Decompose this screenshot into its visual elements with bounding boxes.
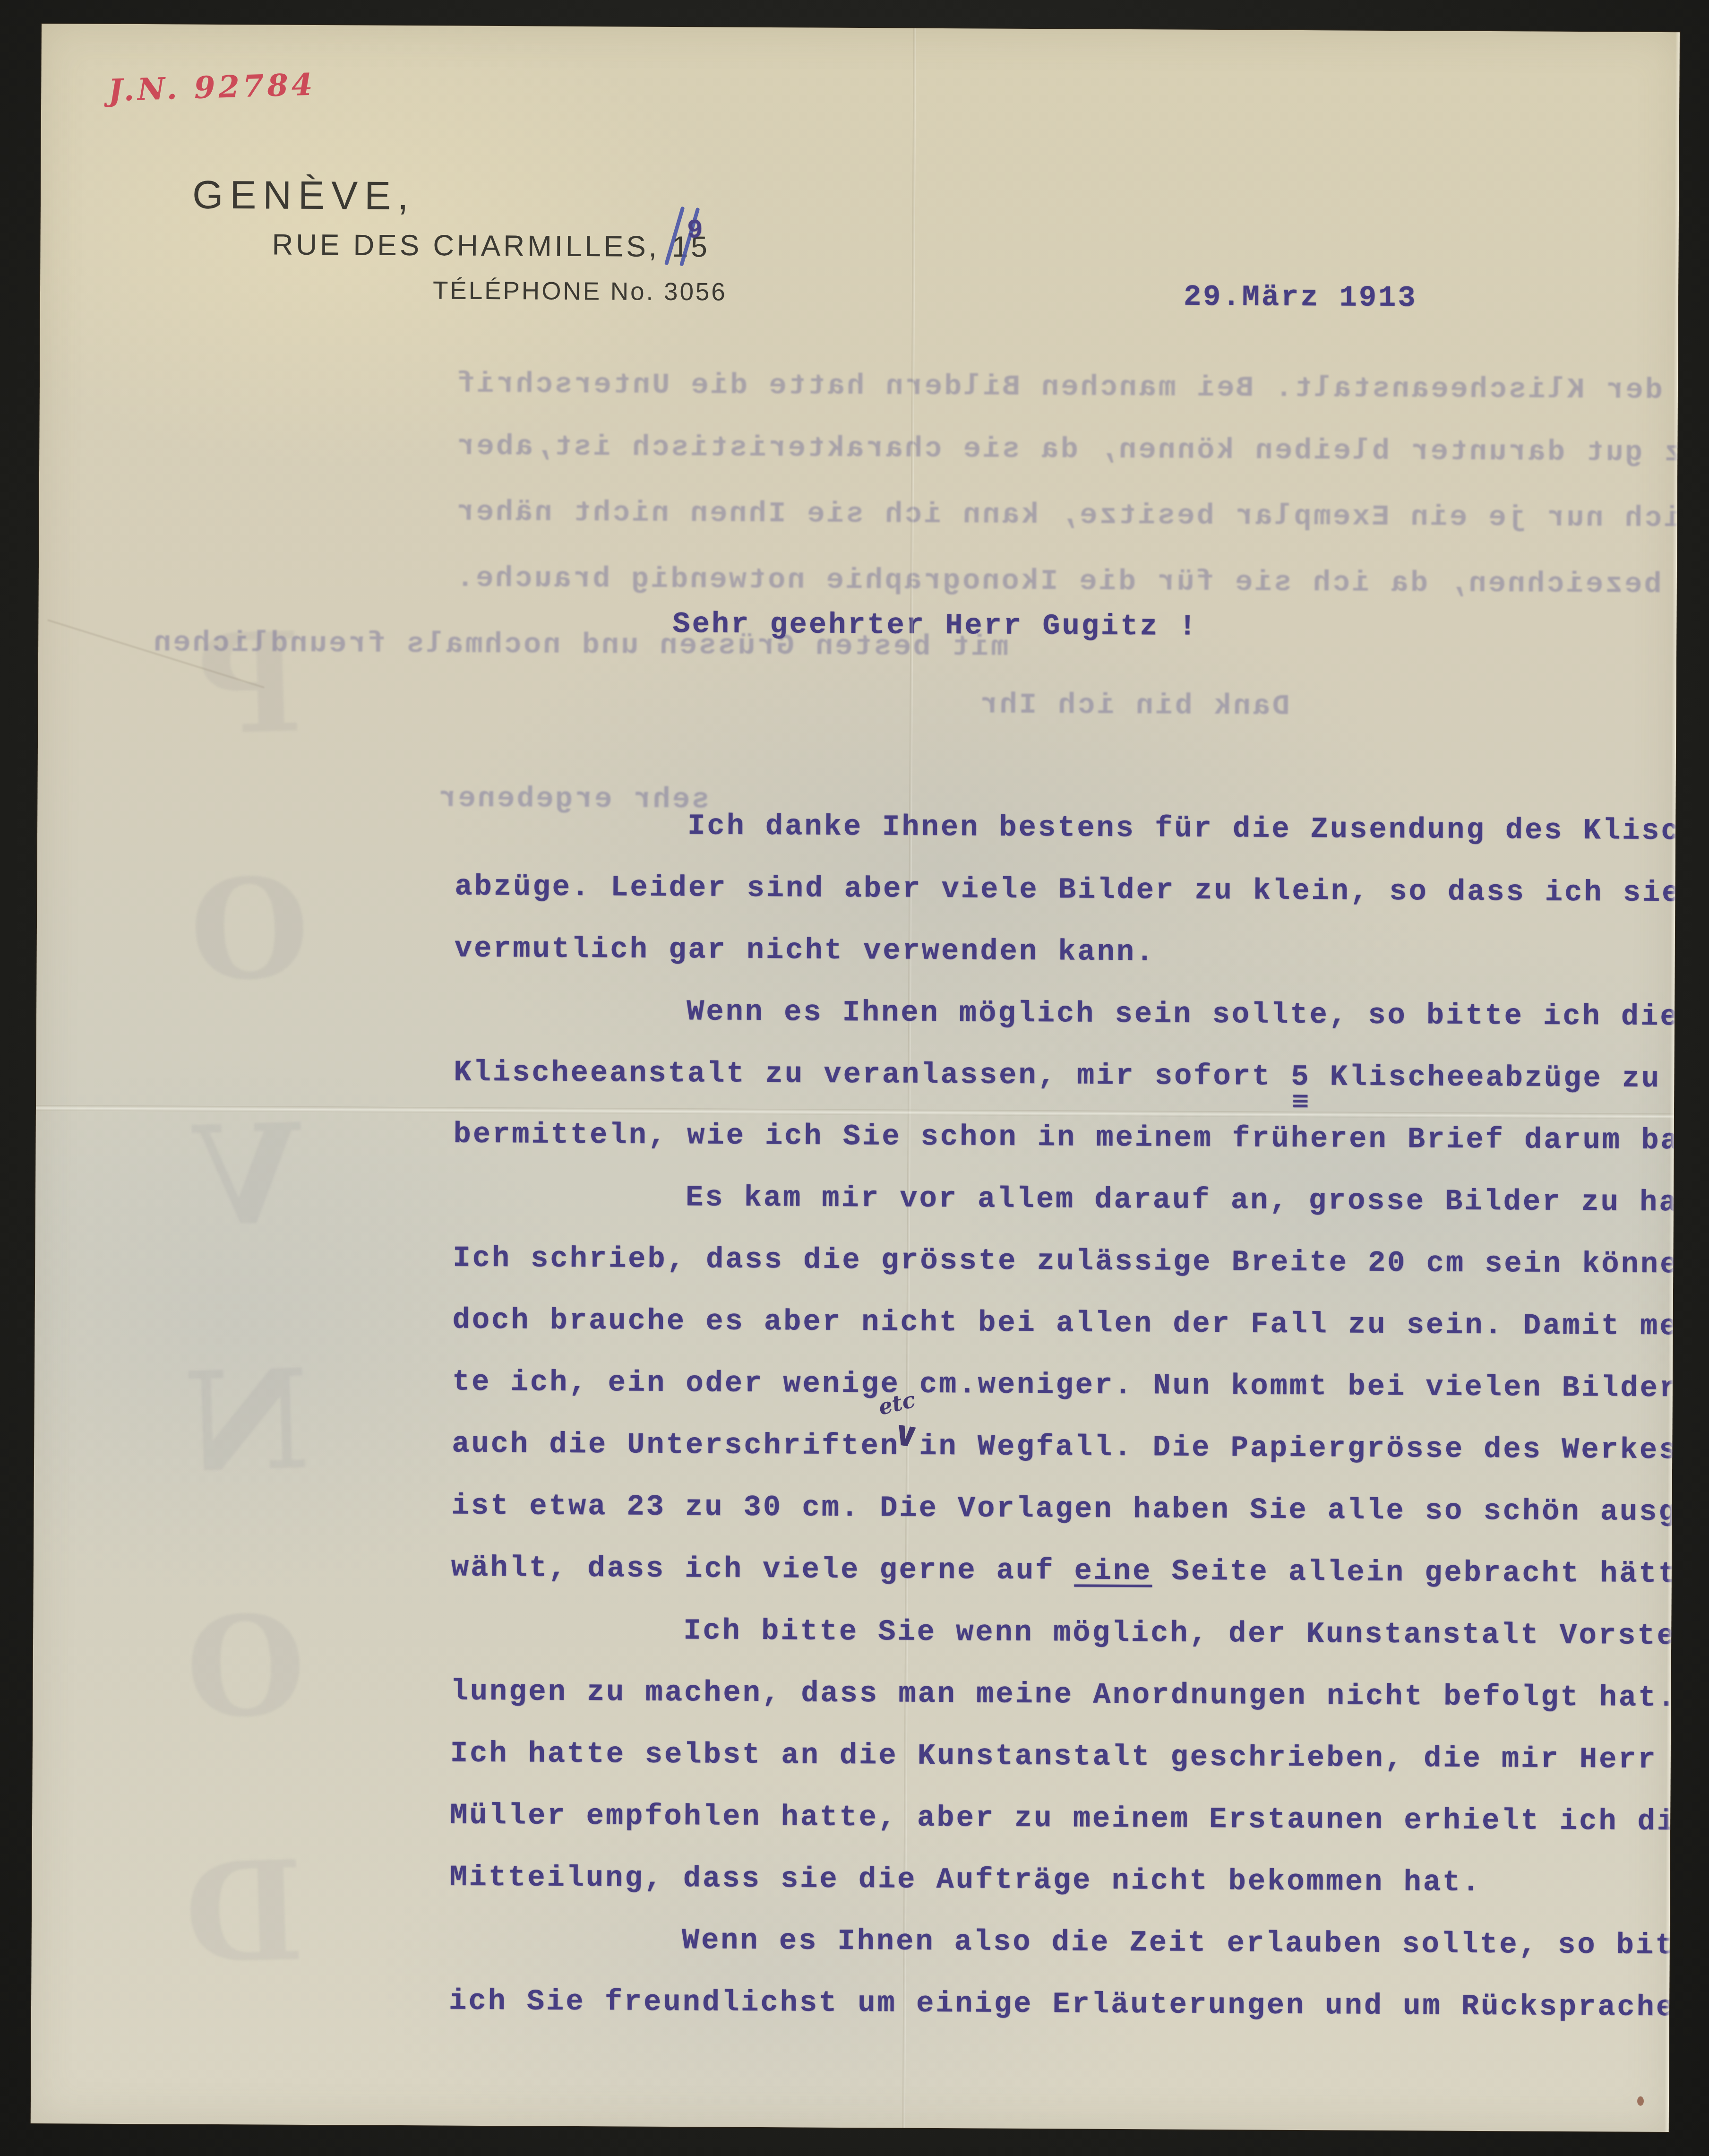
typed-text: ist etwa 23 zu 30 cm. Die Vorlagen haben…: [451, 1489, 1680, 1529]
typed-text: te ich, ein oder wenige cm.weniger. Nun …: [452, 1365, 1680, 1406]
typed-text: in Wegfall. Die Papiergrösse des Werkes: [919, 1430, 1678, 1467]
typed-text: doch brauche es aber nicht bei allen der…: [452, 1303, 1679, 1344]
archival-number-handwritten: J.N. 92784: [108, 67, 316, 108]
date-line: 29.März 1913: [1184, 283, 1417, 313]
typed-line: lungen zu machen, dass man meine Anordnu…: [450, 1677, 1677, 1713]
typed-text: ich Sie freundlichst um einige Erläuteru…: [449, 1984, 1675, 2025]
typed-text: eine: [1074, 1554, 1152, 1588]
typed-line: Ich hatte selbst an die Kunstanstalt ges…: [450, 1739, 1657, 1775]
letterhead-telephone: TÉLÉPHONE No. 3056: [433, 276, 727, 306]
typed-corrected-street-number: 9: [687, 217, 705, 243]
letterhead-street-name: RUE DES CHARMILLES,: [272, 229, 660, 263]
vertical-ghost-letter: O: [177, 859, 322, 1000]
vertical-ghost-letter: N: [174, 1351, 319, 1492]
typed-line: ist etwa 23 zu 30 cm. Die Vorlagen haben…: [451, 1492, 1680, 1527]
typed-text: Klischeeabzüge zu ü-: [1310, 1060, 1680, 1096]
vertical-ghost-letter: O: [173, 1596, 318, 1738]
paper-speck: [1637, 2096, 1644, 2106]
typed-line: Wenn es Ihnen also die Zeit erlauben sol…: [682, 1926, 1680, 1960]
typed-line: vermutlich gar nicht verwenden kann.: [455, 934, 1156, 967]
typed-line: Ich danke Ihnen bestens für die Zusendun…: [687, 811, 1680, 846]
typed-text: bermitteln, wie ich Sie schon in meinem …: [454, 1118, 1680, 1158]
typed-text: Seite allein gebracht hätte.: [1152, 1554, 1680, 1591]
typed-text: etc∨: [900, 1430, 919, 1463]
typed-text: vermutlich gar nicht verwenden kann.: [455, 932, 1156, 969]
triple-underline-mark: ≡: [1291, 1089, 1310, 1112]
typed-text: lungen zu machen, dass man meine Anordnu…: [450, 1675, 1677, 1715]
typed-line: Ich schrieb, dass die grösste zulässige …: [453, 1244, 1680, 1280]
typed-text: Wenn es Ihnen also die Zeit erlauben sol…: [682, 1923, 1680, 1962]
typed-line: Müller empfohlen hatte, aber zu meinem E…: [450, 1801, 1680, 1837]
letter-paper: DONVOPsehr ergebenerDank bin ich Ihrmit …: [31, 24, 1680, 2132]
bleedthrough-line: mit der Klischeeanstalt. Bei manchen Bil…: [455, 370, 1680, 405]
typed-text: Ich danke Ihnen bestens für die Zusendun…: [687, 809, 1680, 848]
typed-text: 5≡: [1291, 1060, 1311, 1094]
typed-line: Wenn es Ihnen möglich sein sollte, so bi…: [687, 997, 1680, 1032]
typed-line: doch brauche es aber nicht bei allen der…: [452, 1306, 1679, 1342]
typed-text: Ich hatte selbst an die Kunstanstalt ges…: [450, 1737, 1657, 1777]
letterhead-street: RUE DES CHARMILLES,15: [272, 228, 710, 264]
bleedthrough-line: ganz gut darunter bleiben können, da sie…: [455, 432, 1680, 468]
vertical-ghost-letter: D: [172, 1842, 317, 1984]
typed-line: Ich bitte Sie wenn möglich, der Kunstans…: [683, 1616, 1680, 1651]
typed-line: te ich, ein oder wenige cm.weniger. Nun …: [452, 1368, 1680, 1404]
typed-line: abzüge. Leider sind aber viele Bilder zu…: [455, 872, 1680, 908]
typed-text: Mitteilung, dass sie die Aufträge nicht …: [449, 1861, 1481, 1899]
typed-line: bermitteln, wie ich Sie schon in meinem …: [454, 1120, 1680, 1156]
typed-text: Müller empfohlen hatte, aber zu meinem E…: [450, 1799, 1680, 1839]
typed-text: Ich bitte Sie wenn möglich, der Kunstans…: [683, 1614, 1680, 1653]
typed-line: ich Sie freundlichst um einige Erläuteru…: [449, 1987, 1675, 2023]
typed-line: auch die Unterschriften etc∨in Wegfall. …: [452, 1430, 1678, 1466]
typed-line: Es kam mir vor allem darauf an, grosse B…: [686, 1183, 1680, 1218]
typed-text: abzüge. Leider sind aber viele Bilder zu…: [455, 870, 1680, 910]
typed-text: Ich schrieb, dass die grösste zulässige …: [453, 1242, 1680, 1282]
typed-text: Klischeeanstalt zu veranlassen, mir sofo…: [454, 1056, 1291, 1094]
vertical-ghost-letter: V: [175, 1105, 321, 1246]
letterhead-city: GENÈVE,: [192, 172, 415, 219]
typed-text: auch die Unterschriften: [452, 1427, 900, 1463]
typed-text: Es kam mir vor allem darauf an, grosse B…: [686, 1181, 1680, 1220]
typed-line: Klischeeanstalt zu veranlassen, mir sofo…: [454, 1058, 1680, 1094]
bleedthrough-line: da ich nur je ein Exemplar besitze, kann…: [455, 498, 1680, 534]
typed-line: Mitteilung, dass sie die Aufträge nicht …: [449, 1863, 1481, 1897]
typed-text: wählt, dass ich viele gerne auf: [451, 1551, 1074, 1588]
bleedthrough-line: bezeichnen, da ich sie für die Ikonograp…: [455, 564, 1662, 599]
insertion-caret-mark: ∨: [890, 1415, 922, 1453]
bleedthrough-line: Dank bin ich Ihr: [978, 690, 1290, 721]
scanner-background: DONVOPsehr ergebenerDank bin ich Ihrmit …: [0, 0, 1709, 2156]
bleedthrough-line: sehr ergebener: [437, 784, 709, 814]
typed-line: wählt, dass ich viele gerne auf eine Sei…: [451, 1553, 1680, 1589]
typed-text: Wenn es Ihnen möglich sein sollte, so bi…: [687, 995, 1680, 1034]
salutation-line: Sehr geehrter Herr Gugitz !: [672, 610, 1198, 642]
